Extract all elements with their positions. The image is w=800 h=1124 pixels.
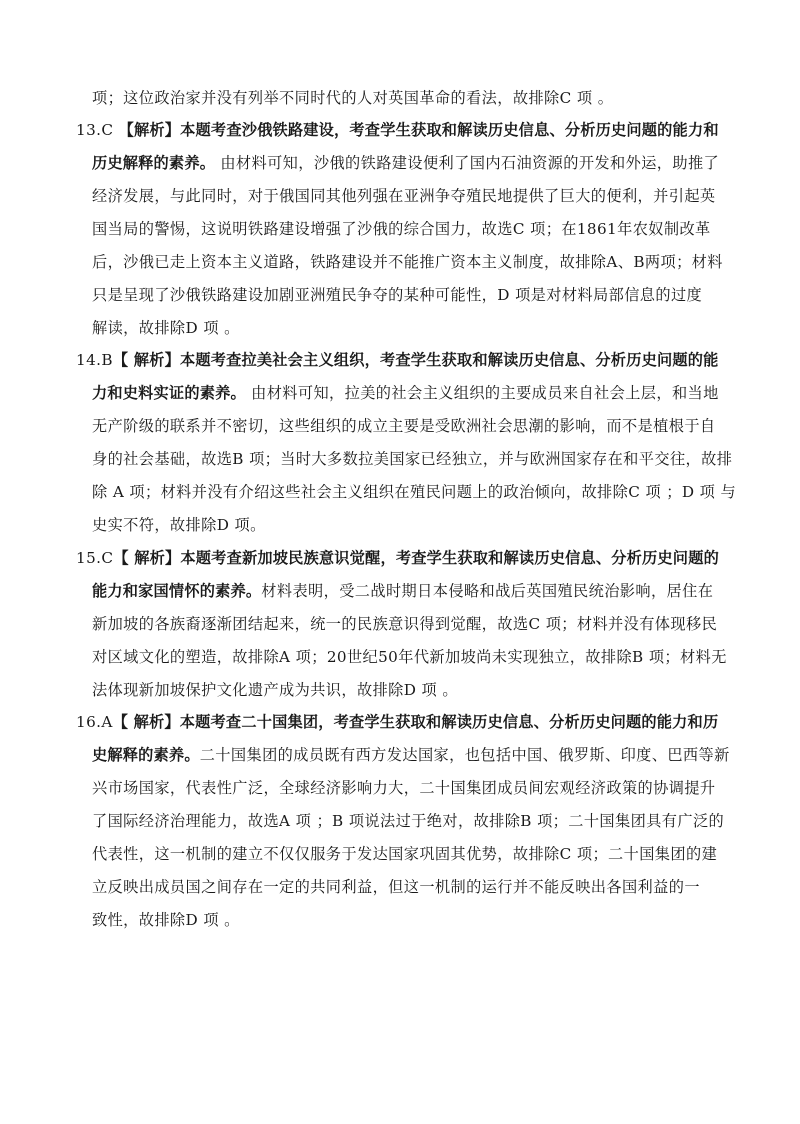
answer-number: 13.C <box>76 121 113 139</box>
answer-14-line: 无产阶级的联系并不密切，这些组织的成立主要是受欧洲社会思潮的影响，而不是植根于自 <box>92 416 716 436</box>
answer-number: 16.A <box>76 713 113 731</box>
competency-label: 史解释的素养。 <box>92 746 200 764</box>
competency-label: 历史解释的素养。 <box>92 154 215 172</box>
answer-13-line: 解读，故排除D 项 。 <box>92 318 240 338</box>
answer-14-line: 史实不符，故排除D 项。 <box>92 515 266 535</box>
answer-number: 14.B <box>76 351 113 369</box>
answer-14-line: 除 A 项；材料并没有介绍这些社会主义组织在殖民问题上的政治倾向，故排除C 项 … <box>92 482 736 502</box>
body-text: 由材料可知，沙俄的铁路建设便利了国内石油资源的开发和外运，助推了 <box>215 154 719 172</box>
body-text: 材料表明，受二战时期日本侵略和战后英国殖民统治影响，居住在 <box>261 582 713 600</box>
answer-16-line: 史解释的素养。二十国集团的成员既有西方发达国家，也包括中国、俄罗斯、印度、巴西等… <box>92 745 730 765</box>
answer-15-line: 法体现新加坡保护文化遗产成为共识，故排除D 项 。 <box>92 680 458 700</box>
answer-14-line: 力和史料实证的素养。 由材料可知，拉美的社会主义组织的主要成员来自社会上层，和当… <box>92 383 719 403</box>
answer-15-line: 对区域文化的塑造，故排除A 项；20世纪50年代新加坡尚未实现独立，故排除B 项… <box>92 647 727 667</box>
answer-16-line: 了国际经济治理能力，故选A 项 ；B 项说法过于绝对，故排除B 项；二十国集团具… <box>92 811 724 831</box>
answer-15-line: 新加坡的各族裔逐渐团结起来，统一的民族意识得到觉醒，故选C 项；材料并没有体现移… <box>92 614 717 634</box>
answer-14-header: 14.B【 解析】本题考查拉美社会主义组织，考查学生获取和解读历史信息、分析历史… <box>76 350 719 370</box>
answer-13-line: 后，沙俄已走上资本主义道路，铁路建设并不能推广资本主义制度，故排除A、B两项；材… <box>92 252 723 272</box>
answer-13-line: 只是呈现了沙俄铁路建设加剧亚洲殖民争夺的某种可能性，D 项是对材料局部信息的过度 <box>92 285 702 305</box>
continuation-text: 项；这位政治家并没有列举不同时代的人对英国革命的看法，故排除C 项 。 <box>92 88 613 108</box>
analysis-heading: 【解析】本题考查沙俄铁路建设，考查学生获取和解读历史信息、分析历史问题的能力和 <box>119 121 719 139</box>
answer-16-line: 兴市场国家，代表性广泛，全球经济影响力大，二十国集团成员间宏观经济政策的协调提升 <box>92 778 716 798</box>
answer-16-header: 16.A【 解析】本题考查二十国集团，考查学生获取和解读历史信息、分析历史问题的… <box>76 712 718 732</box>
answer-16-line: 代表性，这一机制的建立不仅仅服务于发达国家巩固其优势，故排除C 项；二十国集团的… <box>92 844 717 864</box>
competency-label: 力和史料实证的素养。 <box>92 384 246 402</box>
answer-13-line: 历史解释的素养。 由材料可知，沙俄的铁路建设便利了国内石油资源的开发和外运，助推… <box>92 153 719 173</box>
answer-15-line: 能力和家国情怀的素养。材料表明，受二战时期日本侵略和战后英国殖民统治影响，居住在 <box>92 581 713 601</box>
answer-number: 15.C <box>76 549 113 567</box>
answer-14-line: 身的社会基础，故选B 项；当时大多数拉美国家已经独立，并与欧洲国家存在和平交往，… <box>92 449 732 469</box>
answer-16-line: 立反映出成员国之间存在一定的共同利益，但这一机制的运行并不能反映出各国利益的一 <box>92 877 700 897</box>
competency-label: 能力和家国情怀的素养。 <box>92 582 261 600</box>
answer-16-line: 致性，故排除D 项 。 <box>92 910 240 930</box>
answer-key-page: 项；这位政治家并没有列举不同时代的人对英国革命的看法，故排除C 项 。 13.C… <box>0 0 800 1124</box>
body-text: 由材料可知，拉美的社会主义组织的主要成员来自社会上层，和当地 <box>246 384 719 402</box>
body-text: 二十国集团的成员既有西方发达国家，也包括中国、俄罗斯、印度、巴西等新 <box>200 746 730 764</box>
answer-15-header: 15.C【 解析】本题考查新加坡民族意识觉醒，考查学生获取和解读历史信息、分析历… <box>76 548 719 568</box>
answer-13-header: 13.C 【解析】本题考查沙俄铁路建设，考查学生获取和解读历史信息、分析历史问题… <box>76 120 719 140</box>
analysis-heading: 【 解析】本题考查二十国集团，考查学生获取和解读历史信息、分析历史问题的能力和历 <box>113 713 719 731</box>
answer-13-line: 国当局的警惕，这说明铁路建设增强了沙俄的综合国力，故选C 项；在1861年农奴制… <box>92 219 711 239</box>
analysis-heading: 【 解析】本题考查新加坡民族意识觉醒，考查学生获取和解读历史信息、分析历史问题的 <box>113 549 719 567</box>
answer-13-line: 经济发展，与此同时，对于俄国同其他列强在亚洲争夺殖民地提供了巨大的便利，并引起英 <box>92 186 716 206</box>
analysis-heading: 【 解析】本题考查拉美社会主义组织，考查学生获取和解读历史信息、分析历史问题的能 <box>113 351 719 369</box>
